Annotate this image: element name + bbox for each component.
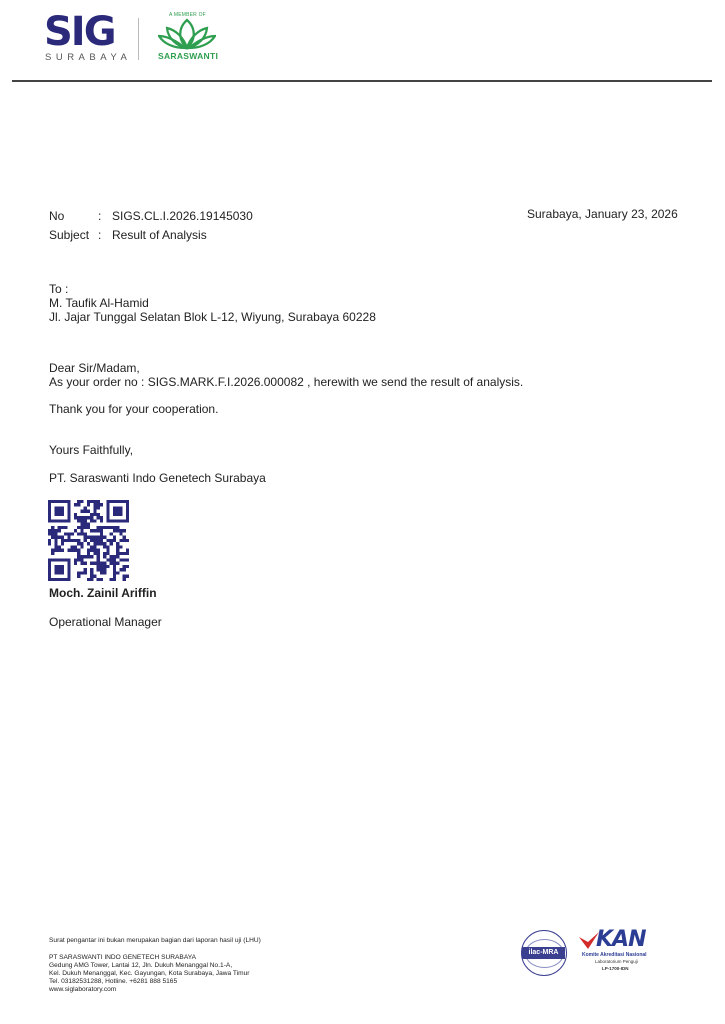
header-divider <box>12 80 712 82</box>
kan-lab: Laboratorium Penguji <box>595 959 638 964</box>
saraswanti-leaf-icon <box>158 18 216 50</box>
footer-address-2: Kel. Dukuh Menanggal, Kec. Gayungan, Kot… <box>49 970 250 978</box>
no-label: No <box>49 209 64 223</box>
no-separator: : <box>98 209 101 223</box>
signatory-title: Operational Manager <box>49 615 162 629</box>
recipient-name: M. Taufik Al-Hamid <box>49 296 149 310</box>
kan-subtitle: Komite Akreditasi Nasional <box>582 952 647 958</box>
salutation: Dear Sir/Madam, <box>49 361 140 375</box>
place-date: Surabaya, January 23, 2026 <box>527 207 678 221</box>
footer-address-1: Gedung AMG Tower, Lantai 12, Jln. Dukuh … <box>49 962 232 970</box>
footer-note: Surat pengantar ini bukan merupakan bagi… <box>49 937 261 945</box>
recipient-address: Jl. Jajar Tunggal Selatan Blok L-12, Wiy… <box>49 310 376 324</box>
logo-subtitle: SURABAYA <box>45 52 131 63</box>
signatory-name: Moch. Zainil Ariffin <box>49 586 157 600</box>
subject-separator: : <box>98 228 101 242</box>
letter-number: SIGS.CL.I.2026.19145030 <box>112 209 253 223</box>
footer-company: PT SARASWANTI INDO GENETECH SURABAYA <box>49 954 196 962</box>
logo-divider <box>138 18 139 60</box>
footer-phone: Tel. 03182531288, Hotline. +6281 888 516… <box>49 978 177 986</box>
thanks-text: Thank you for your cooperation. <box>49 402 218 416</box>
logo-text: SIG <box>44 9 115 55</box>
footer-website[interactable]: www.siglaboratory.com <box>49 986 116 994</box>
kan-id: LP-1700-IDN <box>602 966 629 971</box>
to-label: To : <box>49 282 68 296</box>
body-text: As your order no : SIGS.MARK.F.I.2026.00… <box>49 375 523 389</box>
ilac-label: ilac-MRA <box>522 947 565 959</box>
subject-label: Subject <box>49 228 89 242</box>
subject-value: Result of Analysis <box>112 228 207 242</box>
company-name: PT. Saraswanti Indo Genetech Surabaya <box>49 471 266 485</box>
kan-logo: KAN <box>596 929 646 951</box>
qr-code-icon <box>48 500 129 581</box>
member-brand: SARASWANTI <box>158 51 218 61</box>
ilac-mra-logo: ilac-MRA <box>521 930 567 976</box>
sig-logo: SIG <box>44 12 115 52</box>
closing: Yours Faithfully, <box>49 443 133 457</box>
